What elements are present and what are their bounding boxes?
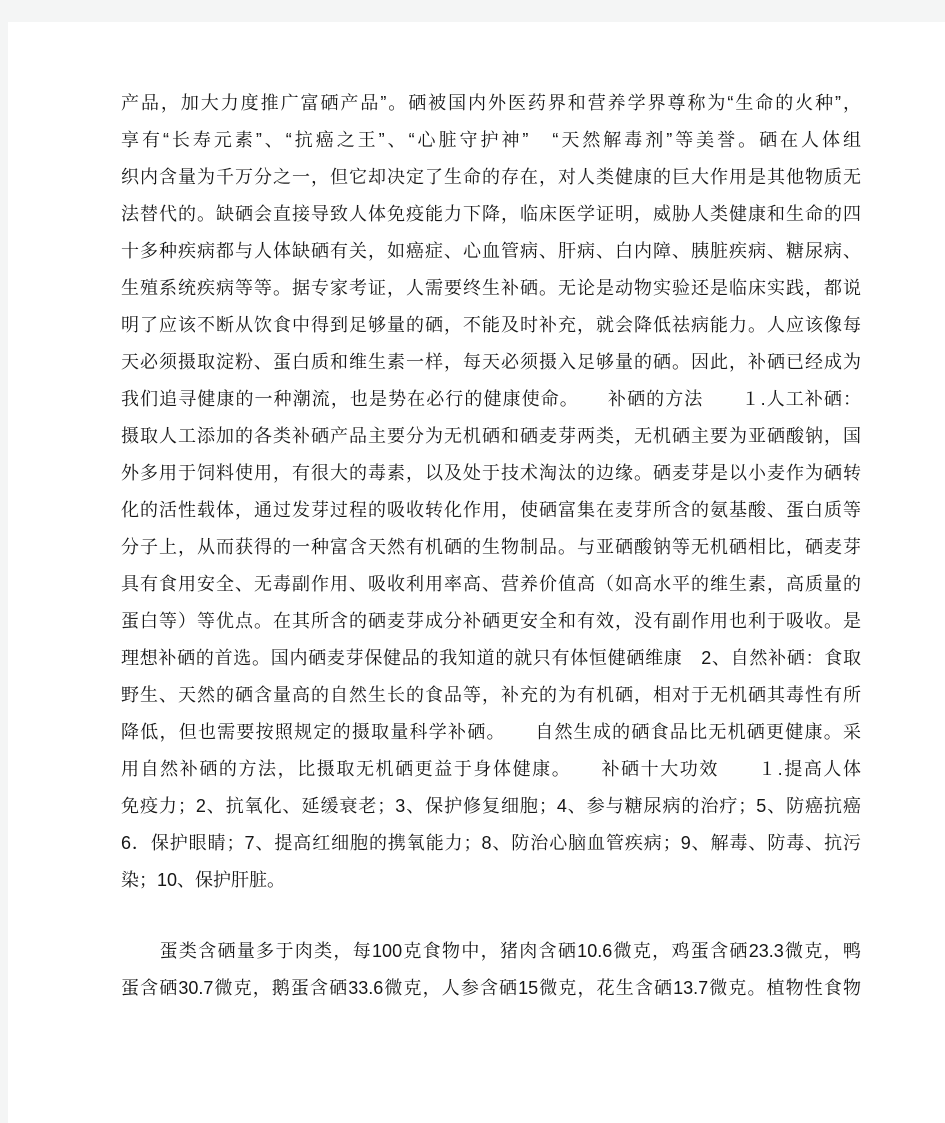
document-page: 产品，加大力度推广富硒产品”。硒被国内外医药界和营养学界尊称为“生命的火种”， … xyxy=(8,22,945,1123)
text-line: 化的活性载体，通过发芽过程的吸收转化作用，使硒富集在麦芽所含的氨基酸、蛋白质等 xyxy=(121,492,861,529)
text-line: 外多用于饲料使用，有很大的毒素，以及处于技术淘汰的边缘。硒麦芽是以小麦作为硒转 xyxy=(121,455,861,492)
text-line: 理想补硒的首选。国内硒麦芽保健品的我知道的就只有体恒健硒维康 2、自然补硒：食取 xyxy=(121,640,861,677)
text-line: 蛋含硒30.7微克，鹅蛋含硒33.6微克，人参含硒15微克，花生含硒13.7微克… xyxy=(121,970,861,1007)
page-canvas: { "colors": { "canvas_bg": "#f4f5f5", "p… xyxy=(0,0,945,1123)
text-line: 分子上，从而获得的一种富含天然有机硒的生物制品。与亚硒酸钠等无机硒相比，硒麦芽 xyxy=(121,529,861,566)
paragraph-selenium-intro: 产品，加大力度推广富硒产品”。硒被国内外医药界和营养学界尊称为“生命的火种”， … xyxy=(121,85,861,899)
text-line: 产品，加大力度推广富硒产品”。硒被国内外医药界和营养学界尊称为“生命的火种”， xyxy=(121,85,861,122)
paragraph-selenium-foods: 蛋类含硒量多于肉类，每100克食物中，猪肉含硒10.6微克，鸡蛋含硒23.3微克… xyxy=(121,933,861,1007)
document-content: 产品，加大力度推广富硒产品”。硒被国内外医药界和营养学界尊称为“生命的火种”， … xyxy=(8,22,945,1007)
text-line: 享有“长寿元素”、“抗癌之王”、“心脏守护神” “天然解毒剂”等美誉。硒在人体组 xyxy=(121,122,861,159)
text-line: 蛋白等）等优点。在其所含的硒麦芽成分补硒更安全和有效，没有副作用也利于吸收。是 xyxy=(121,603,861,640)
text-line: 摄取人工添加的各类补硒产品主要分为无机硒和硒麦芽两类，无机硒主要为亚硒酸钠，国 xyxy=(121,418,861,455)
text-line: 具有食用安全、无毒副作用、吸收利用率高、营养价值高（如高水平的维生素，高质量的 xyxy=(121,566,861,603)
text-line: 染；10、保护肝脏。 xyxy=(121,862,861,899)
text-line: 6．保护眼睛；7、提高红细胞的携氧能力；8、防治心脑血管疾病；9、解毒、防毒、抗… xyxy=(121,825,861,862)
text-line: 降低，但也需要按照规定的摄取量科学补硒。 自然生成的硒食品比无机硒更健康。采 xyxy=(121,714,861,751)
text-line: 用自然补硒的方法，比摄取无机硒更益于身体健康。 补硒十大功效 １.提高人体 xyxy=(121,751,861,788)
text-line: 野生、天然的硒含量高的自然生长的食品等，补充的为有机硒，相对于无机硒其毒性有所 xyxy=(121,677,861,714)
text-line: 织内含量为千万分之一，但它却决定了生命的存在，对人类健康的巨大作用是其他物质无 xyxy=(121,159,861,196)
text-line: 法替代的。缺硒会直接导致人体免疫能力下降，临床医学证明，威胁人类健康和生命的四 xyxy=(121,196,861,233)
text-line: 生殖系统疾病等等。据专家考证，人需要终生补硒。无论是动物实验还是临床实践，都说 xyxy=(121,270,861,307)
text-line: 免疫力；2、抗氧化、延缓衰老；3、保护修复细胞；4、参与糖尿病的治疗；5、防癌抗… xyxy=(121,788,861,825)
text-line: 明了应该不断从饮食中得到足够量的硒，不能及时补充，就会降低祛病能力。人应该像每 xyxy=(121,307,861,344)
text-line: 我们追寻健康的一种潮流，也是势在必行的健康使命。 补硒的方法 １.人工补硒： xyxy=(121,381,861,418)
text-line: 十多种疾病都与人体缺硒有关，如癌症、心血管病、肝病、白内障、胰脏疾病、糖尿病、 xyxy=(121,233,861,270)
text-line: 蛋类含硒量多于肉类，每100克食物中，猪肉含硒10.6微克，鸡蛋含硒23.3微克… xyxy=(121,933,861,970)
text-line: 天必须摄取淀粉、蛋白质和维生素一样，每天必须摄入足够量的硒。因此，补硒已经成为 xyxy=(121,344,861,381)
